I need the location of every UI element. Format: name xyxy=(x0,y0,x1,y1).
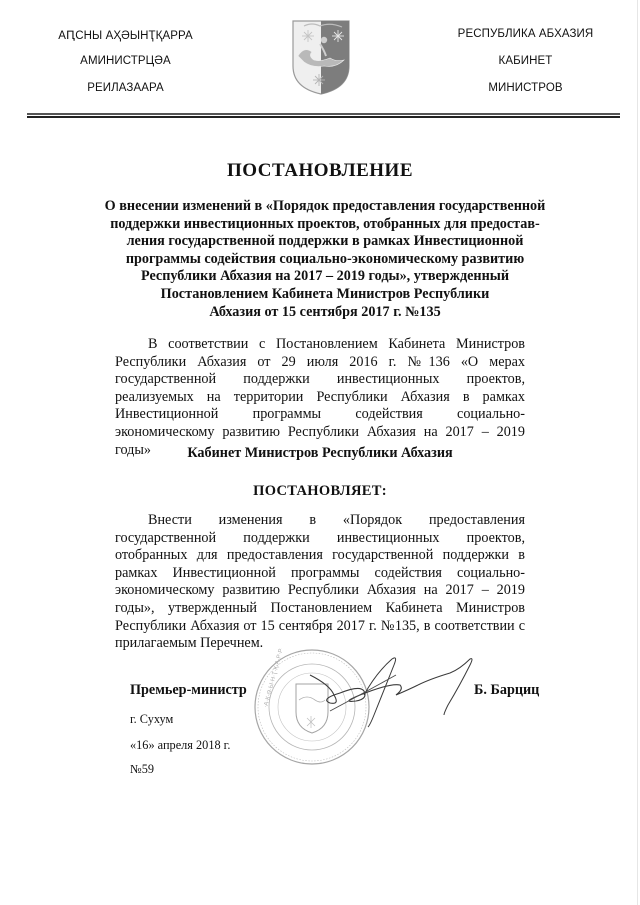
subject-line: Абхазия от 15 сентября 2017 г. №135 xyxy=(95,304,555,322)
preamble-paragraph: В соответствии с Постановлением Кабинета… xyxy=(115,336,525,459)
document-subject: О внесении изменений в «Порядок предоста… xyxy=(95,198,555,321)
signatory-position: Премьер-министр xyxy=(130,682,247,699)
issue-date: «16» апреля 2018 г. xyxy=(130,738,230,753)
resolves-heading: ПОСТАНОВЛЯЕТ: xyxy=(0,483,640,500)
subject-line: О внесении изменений в «Порядок предоста… xyxy=(95,198,555,216)
coat-of-arms-icon xyxy=(290,18,352,96)
subject-line: программы содействия социально-экономиче… xyxy=(95,251,555,269)
subject-line: Постановлением Кабинета Министров Респуб… xyxy=(95,286,555,304)
issue-city: г. Сухум xyxy=(130,712,173,727)
issuer-heading: Кабинет Министров Республики Абхазия xyxy=(0,445,640,462)
body-paragraph: Внести изменения в «Порядок предоставлен… xyxy=(115,512,525,653)
subject-line: поддержки инвестиционных проектов, отобр… xyxy=(95,216,555,234)
header-right-line3: МИНИСТРОВ xyxy=(448,82,603,94)
preamble-text: В соответствии с Постановлением Кабинета… xyxy=(115,336,525,458)
header-right-line1: РЕСПУБЛИКА АБХАЗИЯ xyxy=(448,28,603,40)
header-right-line2: КАБИНЕТ xyxy=(448,55,603,67)
subject-line: ления государственной поддержки в рамках… xyxy=(95,233,555,251)
document-title: ПОСТАНОВЛЕНИЕ xyxy=(0,160,640,182)
body-text: Внести изменения в «Порядок предоставлен… xyxy=(115,512,525,651)
document-number: №59 xyxy=(130,762,154,777)
header-rule-top xyxy=(27,113,620,115)
handwritten-signature-icon xyxy=(300,655,480,735)
subject-line: Республики Абхазия на 2017 – 2019 годы»,… xyxy=(95,268,555,286)
header-left-line3: РЕИЛАЗААРА xyxy=(48,82,203,94)
header-left-line2: АМИНИСТРЦӘА xyxy=(48,55,203,67)
header-left-line1: АԤСНЫ АҲӘЫНҬҚАРРА xyxy=(48,28,203,42)
svg-text:·А·К·Ә·Ы·Н·Ҭ·Қ·А·Р·Р·А·: ·А·К·Ә·Ы·Н·Ҭ·Қ·А·Р·Р·А· xyxy=(263,648,287,709)
document-page: АԤСНЫ АҲӘЫНҬҚАРРА АМИНИСТРЦӘА РЕИЛАЗААРА… xyxy=(0,0,640,905)
header-rule-bottom xyxy=(27,116,620,118)
signatory-name: Б. Барциц xyxy=(474,682,539,699)
